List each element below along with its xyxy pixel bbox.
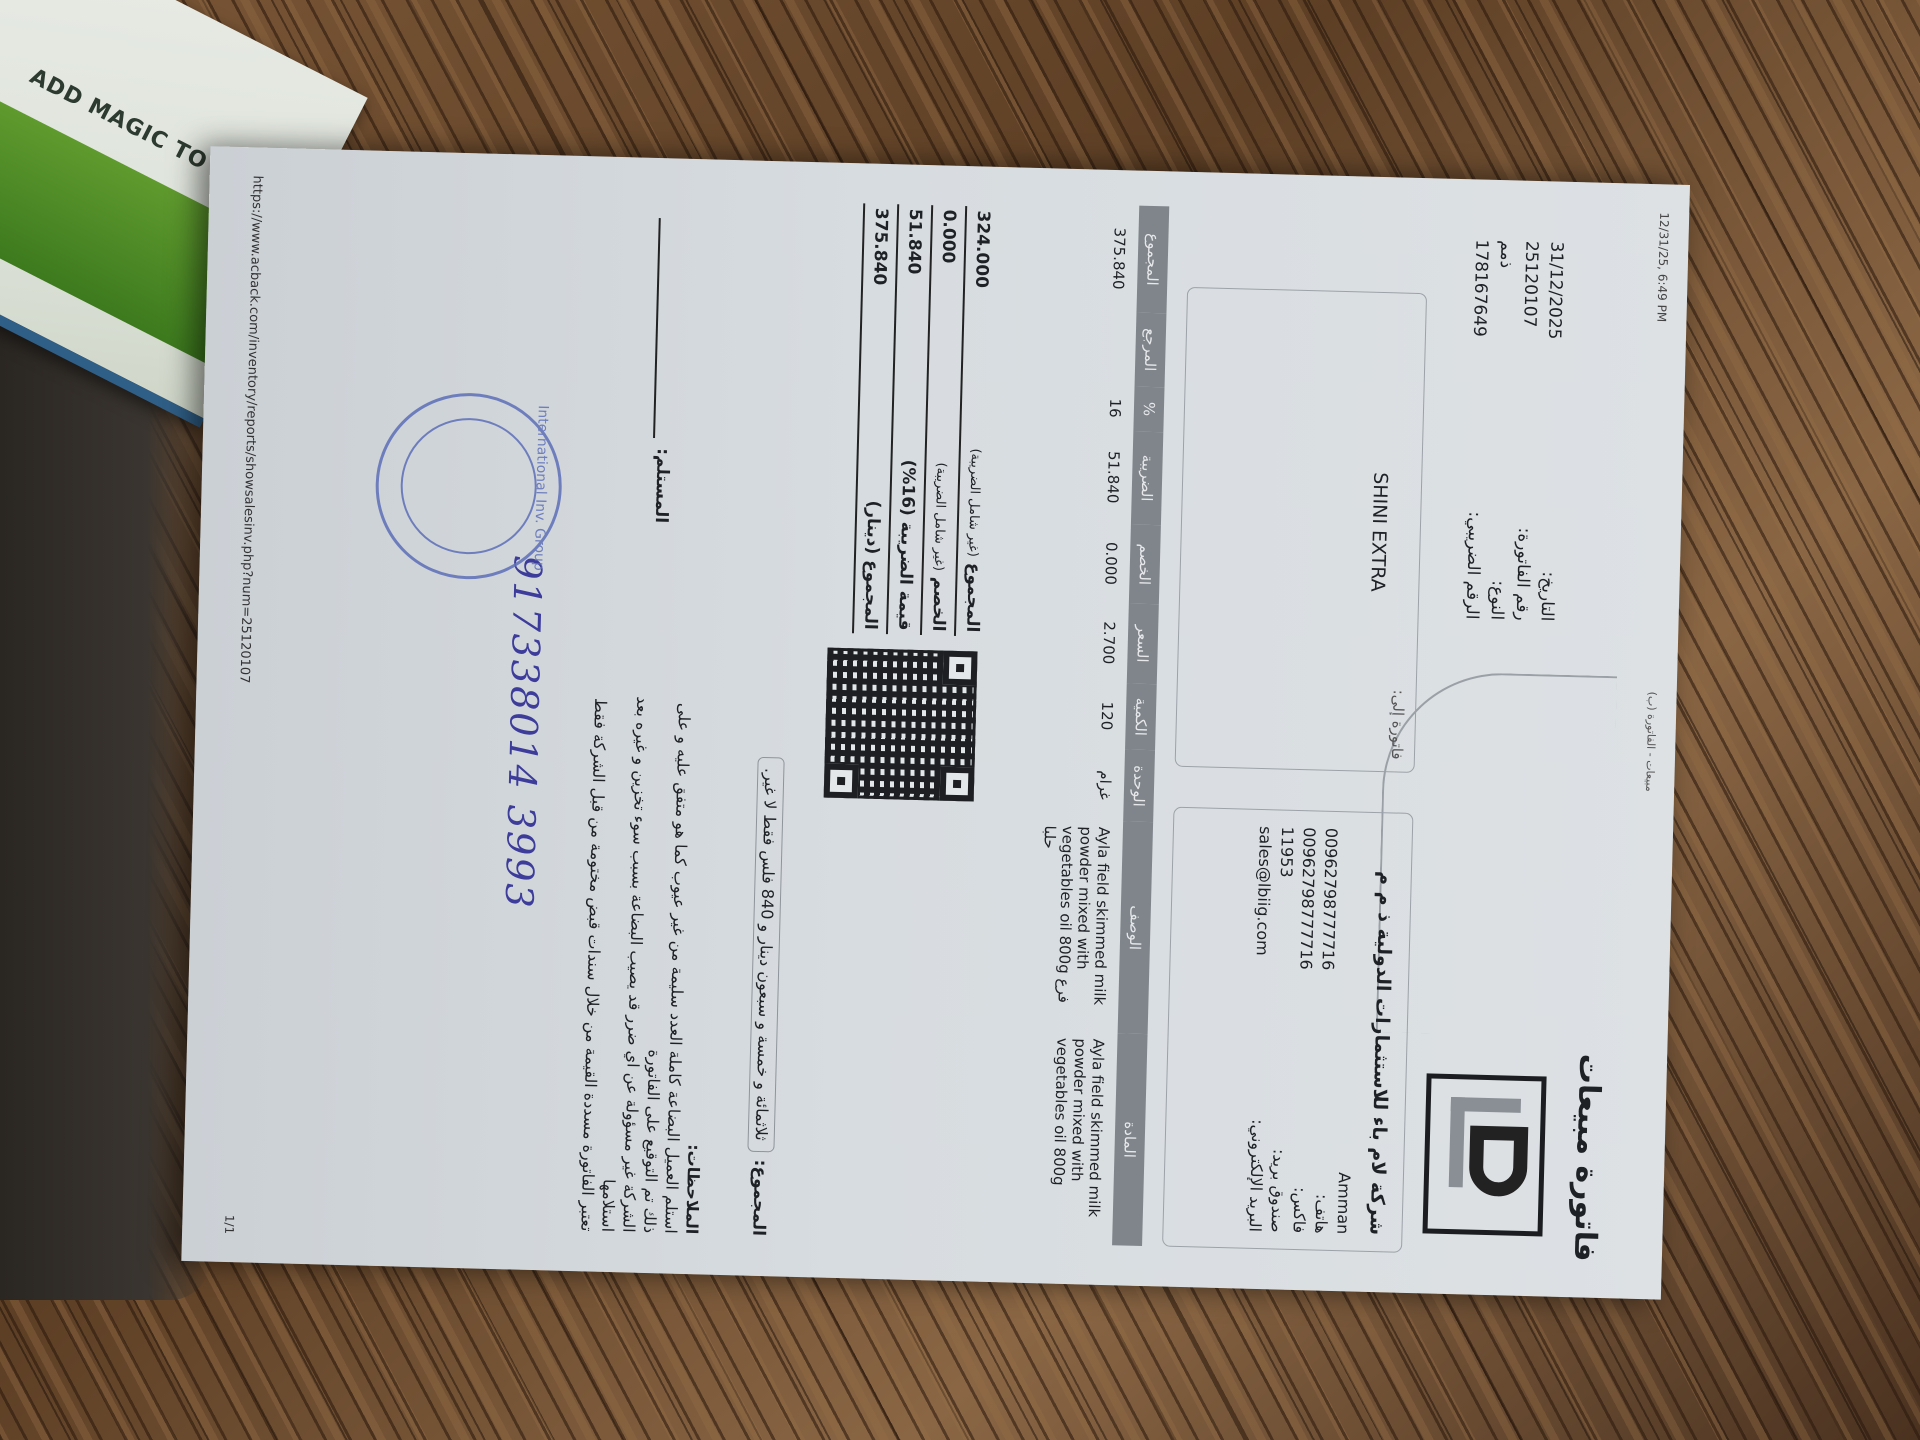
col-total: المجموع bbox=[1136, 206, 1169, 314]
total-label: المجموع bbox=[962, 563, 984, 633]
cell-quantity: 120 bbox=[1033, 681, 1127, 750]
stamp-text: International Inv. Group bbox=[530, 398, 551, 578]
col-discount: الخصم bbox=[1129, 524, 1161, 604]
total-value: 324.000 bbox=[971, 210, 993, 288]
total-note: (16%) bbox=[897, 459, 918, 516]
total-value: 0.000 bbox=[938, 209, 959, 263]
col-description: الوصف bbox=[1118, 821, 1154, 1034]
field-value: 00962798777716 bbox=[1316, 828, 1342, 971]
footer-url: https://www.acback.com/inventory/reports… bbox=[236, 175, 264, 683]
receiver-signature: المستلم: bbox=[651, 218, 679, 523]
cell-item: Ayla field skimmed milk powder mixed wit… bbox=[1020, 1031, 1118, 1245]
meta-value: 31/12/2025 bbox=[1541, 241, 1569, 340]
meta-label: رقم الفاتورة: bbox=[1509, 527, 1536, 621]
cell-tax-percent: 16 bbox=[1041, 384, 1134, 431]
qr-code bbox=[824, 648, 978, 802]
invoice-meta: التاريخ: 31/12/2025 رقم الفاتورة: 251201… bbox=[1459, 239, 1569, 621]
photo-frame: 12/31/25, 6:49 PM مبيعات - الفاتورة (ب) … bbox=[130, 185, 1710, 1365]
col-reference: المرجع bbox=[1135, 313, 1167, 387]
cell-discount: 0.000 bbox=[1037, 522, 1131, 604]
page-number: 1/1 bbox=[222, 1215, 237, 1235]
invoice-page: 12/31/25, 6:49 PM مبيعات - الفاتورة (ب) … bbox=[181, 146, 1690, 1299]
col-unit: الوحدة bbox=[1123, 750, 1155, 822]
cell-reference bbox=[1043, 310, 1137, 386]
qr-finder bbox=[824, 764, 859, 799]
bill-to-label: فاتورة إلى: bbox=[1388, 689, 1408, 759]
meta-label: التاريخ: bbox=[1534, 571, 1560, 621]
amount-words-text: ثلاثمائة و خمسة و سبعون دينار و 840 فلس … bbox=[747, 757, 784, 1152]
bill-to-box: فاتورة إلى: SHINI EXTRA bbox=[1175, 287, 1427, 773]
amount-words-label: المجموع: bbox=[749, 1159, 771, 1236]
handwritten-number: 917338014 3993 bbox=[497, 555, 550, 910]
col-quantity: الكمية bbox=[1125, 683, 1157, 751]
meta-value: 178167649 bbox=[1466, 239, 1494, 337]
company-name: شركة لام باء للاستثمارات الدولية ذ م م bbox=[1365, 829, 1398, 1235]
notes-section: الملاحظات: استلم العميل البضاعة كاملة ال… bbox=[576, 531, 720, 1234]
invoice-title: فاتورة مبيعات bbox=[1567, 1053, 1607, 1262]
field-label: البريد الإلكتروني: bbox=[1243, 1119, 1268, 1232]
col-item: المادة bbox=[1112, 1033, 1148, 1246]
cell-total: 375.840 bbox=[1045, 203, 1140, 312]
logo-l-base bbox=[1449, 1097, 1465, 1187]
logo-b-shape bbox=[1468, 1126, 1528, 1197]
company-city: Amman bbox=[1331, 1172, 1355, 1235]
print-header-title: مبيعات - الفاتورة (ب) bbox=[1630, 184, 1672, 1299]
company-logo bbox=[1422, 1073, 1546, 1236]
items-table: المادة الوصف الوحدة الكمية السعر الخصم ا… bbox=[1020, 203, 1169, 1246]
meta-label: النوع: bbox=[1484, 580, 1510, 620]
field-value: 11953 bbox=[1275, 826, 1298, 877]
field-value: 00962798777716 bbox=[1294, 827, 1320, 970]
total-note: (غير شامل الضريبة) bbox=[965, 448, 983, 557]
receiver-label: المستلم: bbox=[651, 448, 673, 523]
total-label: قيمة الضريبة bbox=[894, 521, 917, 630]
field-label: صندوق بريد: bbox=[1265, 1149, 1289, 1233]
totals-block: المجموع (غير شامل الضريبة) 324.000 الخصم… bbox=[852, 203, 999, 636]
amount-in-words: المجموع: ثلاثمائة و خمسة و سبعون دينار و… bbox=[745, 196, 799, 1236]
qr-finder bbox=[943, 651, 978, 686]
company-info-box: شركة لام باء للاستثمارات الدولية ذ م م A… bbox=[1162, 807, 1413, 1253]
total-note: (دينار) bbox=[862, 500, 883, 554]
qr-finder bbox=[940, 767, 975, 802]
cell-price: 2.700 bbox=[1035, 601, 1129, 683]
meta-value: 25120107 bbox=[1516, 241, 1543, 328]
field-value: sales@lbiig.com bbox=[1251, 826, 1276, 956]
cell-tax: 51.840 bbox=[1039, 429, 1133, 525]
stamp-inner-ring bbox=[399, 416, 539, 556]
total-note: (غير شامل الضريبة) bbox=[931, 462, 949, 571]
total-value: 51.840 bbox=[903, 208, 925, 274]
field-label: فاكس: bbox=[1287, 1187, 1310, 1233]
cell-unit: غرام bbox=[1031, 747, 1125, 821]
total-label: الخصم bbox=[928, 577, 949, 632]
total-value: 375.840 bbox=[869, 208, 891, 286]
signature-line bbox=[653, 218, 661, 438]
col-price: السعر bbox=[1127, 604, 1159, 684]
col-tax-percent: % bbox=[1133, 386, 1164, 432]
meta-value: ذمم bbox=[1493, 240, 1519, 269]
meta-label: الرقم الضريبي: bbox=[1459, 511, 1487, 620]
cell-description: Ayla field skimmed milk powder mixed wit… bbox=[1026, 819, 1124, 1033]
company-stamp: International Inv. Group bbox=[373, 391, 564, 582]
col-tax: الضريبة bbox=[1131, 431, 1163, 525]
field-label: هاتف: bbox=[1309, 1194, 1332, 1234]
total-label: المجموع bbox=[860, 560, 882, 630]
